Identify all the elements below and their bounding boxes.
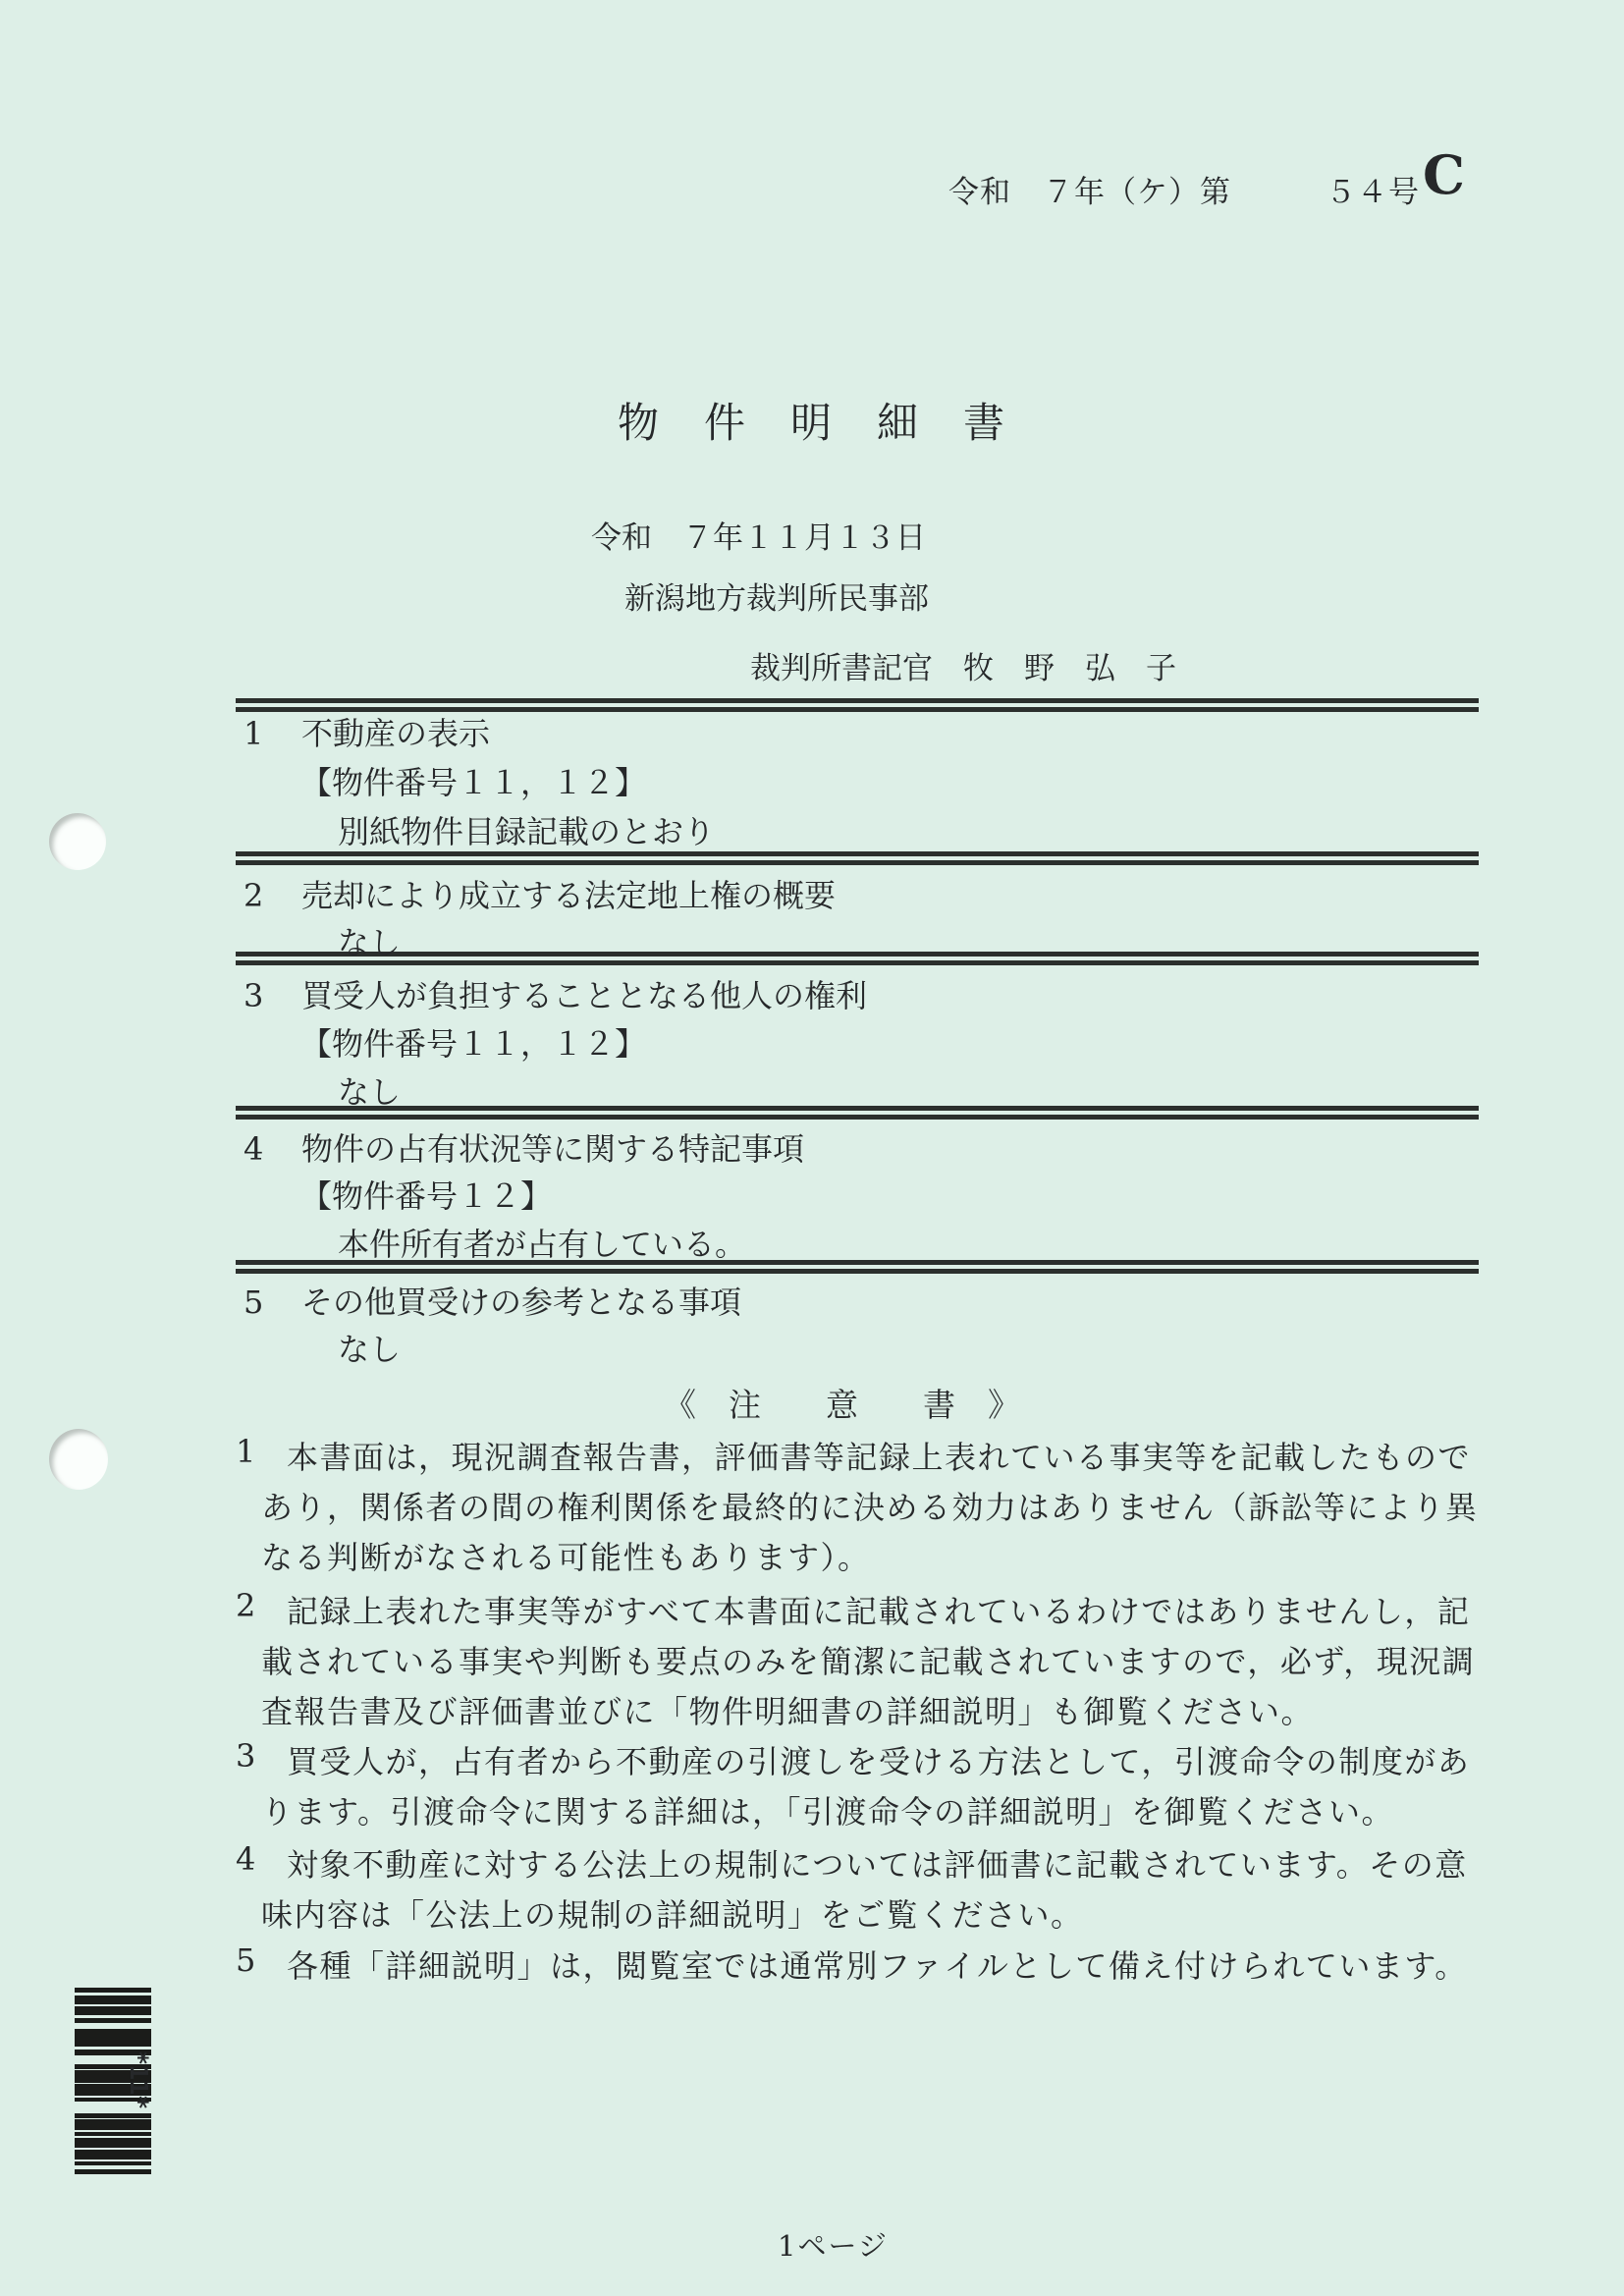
barcode-bar: [75, 2029, 151, 2047]
section-number: 3: [244, 977, 301, 1014]
section-sub: 【物件番号１２】: [300, 1177, 552, 1215]
section-row: 4物件の占有状況等に関する特記事項: [244, 1130, 804, 1168]
section-detail: なし: [338, 924, 401, 961]
note-line: なる判断がなされる可能性もあります）。: [261, 1533, 1492, 1583]
separator-line: [236, 1106, 1479, 1120]
note-line: 査報告書及び評価書並びに「物件明細書の詳細説明」も御覧ください。: [261, 1687, 1492, 1737]
barcode-bar: [75, 2119, 151, 2130]
barcode-bar: [75, 2161, 151, 2165]
note-number: 3: [236, 1737, 255, 1775]
section-heading: 物件の占有状況等に関する特記事項: [301, 1130, 804, 1168]
section-row: 3買受人が負担することとなる他人の権利: [244, 977, 867, 1014]
separator-line: [236, 952, 1479, 965]
note-number: 1: [236, 1433, 255, 1470]
section-number: 4: [244, 1130, 301, 1168]
section-sub: 【物件番号１１，１２】: [300, 764, 646, 801]
barcode-bar: [75, 2138, 151, 2148]
barcode-bar: [75, 2006, 151, 2015]
section-detail: 別紙物件目録記載のとおり: [338, 813, 715, 850]
barcode-bar: [75, 2169, 151, 2174]
hole-punch: [49, 813, 106, 870]
note-line: 載されている事実や判断も要点のみを簡潔に記載されていますので，必ず，現況調: [261, 1637, 1492, 1687]
barcode-bar: [75, 2018, 151, 2023]
note-item: 2 記録上表れた事実等がすべて本書面に記載されているわけではありませんし，記 載…: [236, 1587, 1492, 1737]
section-number: 1: [244, 715, 301, 752]
hole-punch: [49, 1429, 108, 1490]
section-row: 1不動産の表示: [244, 715, 490, 752]
barcode-bar: [75, 1995, 151, 2004]
page-number: 1ページ: [778, 2224, 889, 2265]
note-item: 1 本書面は，現況調査報告書，評価書等記録上表れている事実等を記載したもので あ…: [236, 1433, 1492, 1583]
section-row: 5その他買受けの参考となる事項: [244, 1284, 741, 1321]
note-line: 買受人が，占有者から不動産の引渡しを受ける方法として，引渡命令の制度があ: [287, 1737, 1492, 1787]
note-line: 対象不動産に対する公法上の規制については評価書に記載されています。その意: [287, 1840, 1492, 1890]
document-page: 令和 ７年（ケ）第 ５４号 C 物 件 明 細 書 令和 ７年１１月１３日 新潟…: [0, 0, 1624, 2296]
separator-line: [236, 698, 1479, 712]
section-row: 2売却により成立する法定地上権の概要: [244, 877, 836, 914]
case-number: 令和 ７年（ケ）第 ５４号: [948, 167, 1420, 211]
section-heading: その他買受けの参考となる事項: [301, 1284, 741, 1321]
document-date: 令和 ７年１１月１３日: [591, 520, 926, 557]
section-heading: 売却により成立する法定地上権の概要: [301, 877, 836, 914]
note-line: 本書面は，現況調査報告書，評価書等記録上表れている事実等を記載したもので: [287, 1433, 1492, 1483]
barcode-bar: [75, 1988, 151, 1993]
notice-heading: 《 注 意 書 》: [664, 1380, 1020, 1426]
note-number: 4: [236, 1840, 255, 1878]
section-heading: 不動産の表示: [301, 715, 490, 752]
note-number: 2: [236, 1587, 255, 1624]
section-heading: 買受人が負担することとなる他人の権利: [301, 977, 867, 1014]
section-sub: 【物件番号１１，１２】: [300, 1025, 646, 1063]
barcode-bar: [75, 2150, 151, 2159]
section-detail: 本件所有者が占有している。: [338, 1226, 746, 1263]
note-line: ります。引渡命令に関する詳細は，「引渡命令の詳細説明」を御覧ください。: [261, 1787, 1492, 1837]
section-detail: なし: [338, 1073, 401, 1111]
clerk-name: 裁判所書記官 牧 野 弘 子: [750, 651, 1176, 687]
note-line: あり，関係者の間の権利関係を最終的に決める効力はありません（訴訟等により異: [261, 1483, 1492, 1533]
separator-line: [236, 851, 1479, 865]
section-detail: なし: [338, 1331, 401, 1368]
barcode-bar: [75, 2132, 151, 2136]
note-line: 記録上表れた事実等がすべて本書面に記載されているわけではありませんし，記: [287, 1587, 1492, 1637]
section-number: 2: [244, 877, 301, 914]
page-title: 物 件 明 細 書: [0, 391, 1624, 450]
note-item: 5 各種「詳細説明」は，閲覧室では通常別ファイルとして備え付けられています。: [236, 1941, 1492, 1992]
barcode-label: *11*: [125, 2050, 153, 2109]
note-line: 味内容は「公法上の規制の詳細説明」をご覧ください。: [261, 1890, 1492, 1941]
note-number: 5: [236, 1941, 255, 1979]
court-name: 新潟地方裁判所民事部: [624, 581, 929, 618]
note-item: 4 対象不動産に対する公法上の規制については評価書に記載されています。その意 味…: [236, 1840, 1492, 1941]
note-item: 3 買受人が，占有者から不動産の引渡しを受ける方法として，引渡命令の制度があ り…: [236, 1737, 1492, 1837]
note-line: 各種「詳細説明」は，閲覧室では通常別ファイルとして備え付けられています。: [287, 1941, 1492, 1992]
barcode-bar: [75, 2113, 151, 2118]
case-mark: C: [1423, 143, 1465, 206]
section-number: 5: [244, 1284, 301, 1321]
